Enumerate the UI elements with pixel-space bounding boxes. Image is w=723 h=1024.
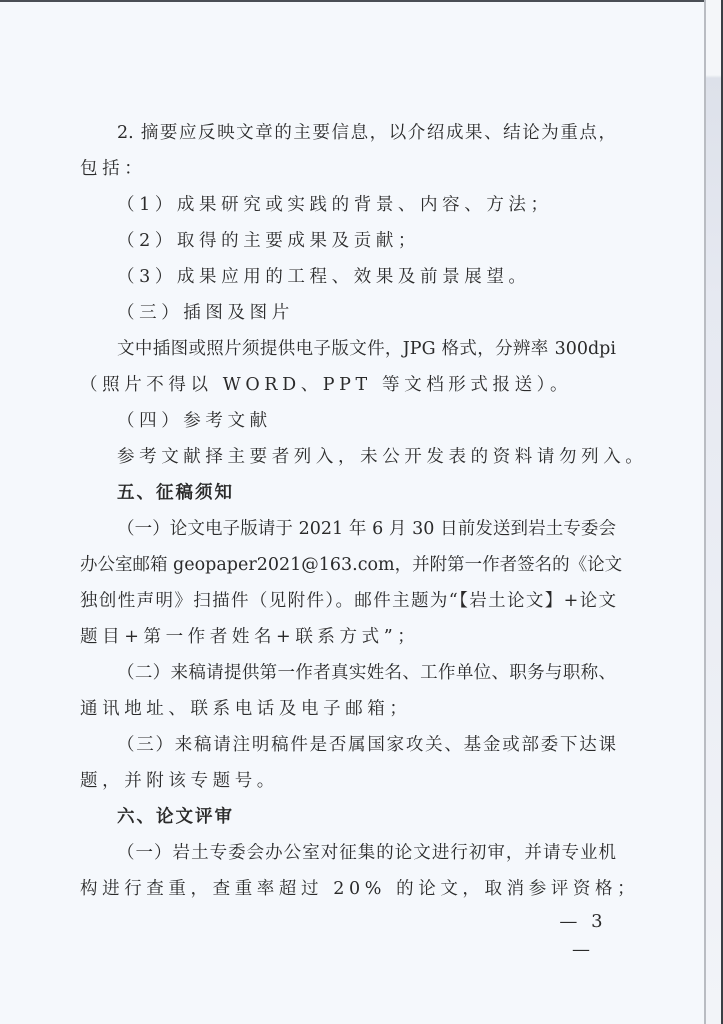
section-heading-submission-notice: 五、征稿须知: [80, 475, 616, 511]
list-item-abstract-2: （2）取得的主要成果及贡献；: [80, 223, 616, 259]
paragraph-submission-2: （二）来稿请提供第一作者真实姓名、工作单位、职务与职称、: [80, 655, 616, 691]
list-item-abstract-1: （1）成果研究或实践的背景、内容、方法；: [80, 187, 616, 223]
paragraph-references: 参考文献择主要者列入，未公开发表的资料请勿列入。: [80, 439, 616, 475]
paragraph-figures-cont: （照片不得以 WORD、PPT 等文档形式报送）。: [80, 367, 616, 403]
paragraph-submission-3: （三）来稿请注明稿件是否属国家攻关、基金或部委下达课: [80, 727, 616, 763]
paragraph-review-1: （一）岩土专委会办公室对征集的论文进行初审，并请专业机: [80, 835, 616, 871]
subheading-figures: （三）插图及图片: [80, 295, 616, 331]
paragraph-figures: 文中插图或照片须提供电子版文件，JPG 格式，分辨率 300dpi: [80, 331, 616, 367]
page-number: — 3 —: [548, 908, 618, 964]
section-heading-paper-review: 六、论文评审: [80, 799, 616, 835]
scan-margin-strip: [706, 0, 721, 1024]
paragraph-submission-3-cont: 题，并附该专题号。: [80, 763, 616, 799]
paragraph-submission-2-cont: 通讯地址、联系电话及电子邮箱；: [80, 691, 616, 727]
paragraph-review-1-cont: 构进行查重，查重率超过 20% 的论文，取消参评资格；: [80, 871, 616, 907]
paragraph-abstract-requirements-cont: 包括：: [80, 151, 616, 187]
scan-top-edge: [0, 0, 723, 2]
paragraph-submission-1-cont-a: 办公室邮箱 geopaper2021@163.com，并附第一作者签名的《论文: [80, 547, 616, 583]
paragraph-submission-1-cont-b: 独创性声明》扫描件（见附件）。邮件主题为“【岩土论文】+论文: [80, 583, 616, 619]
paragraph-submission-1: （一）论文电子版请于 2021 年 6 月 30 日前发送到岩土专委会: [80, 511, 616, 547]
paragraph-submission-1-cont-c: 题目+第一作者姓名+联系方式”；: [80, 619, 616, 655]
subheading-references: （四）参考文献: [80, 403, 616, 439]
document-body: 2. 摘要应反映文章的主要信息，以介绍成果、结论为重点， 包括： （1）成果研究…: [80, 115, 616, 907]
paragraph-abstract-requirements: 2. 摘要应反映文章的主要信息，以介绍成果、结论为重点，: [80, 115, 616, 151]
list-item-abstract-3: （3）成果应用的工程、效果及前景展望。: [80, 259, 616, 295]
